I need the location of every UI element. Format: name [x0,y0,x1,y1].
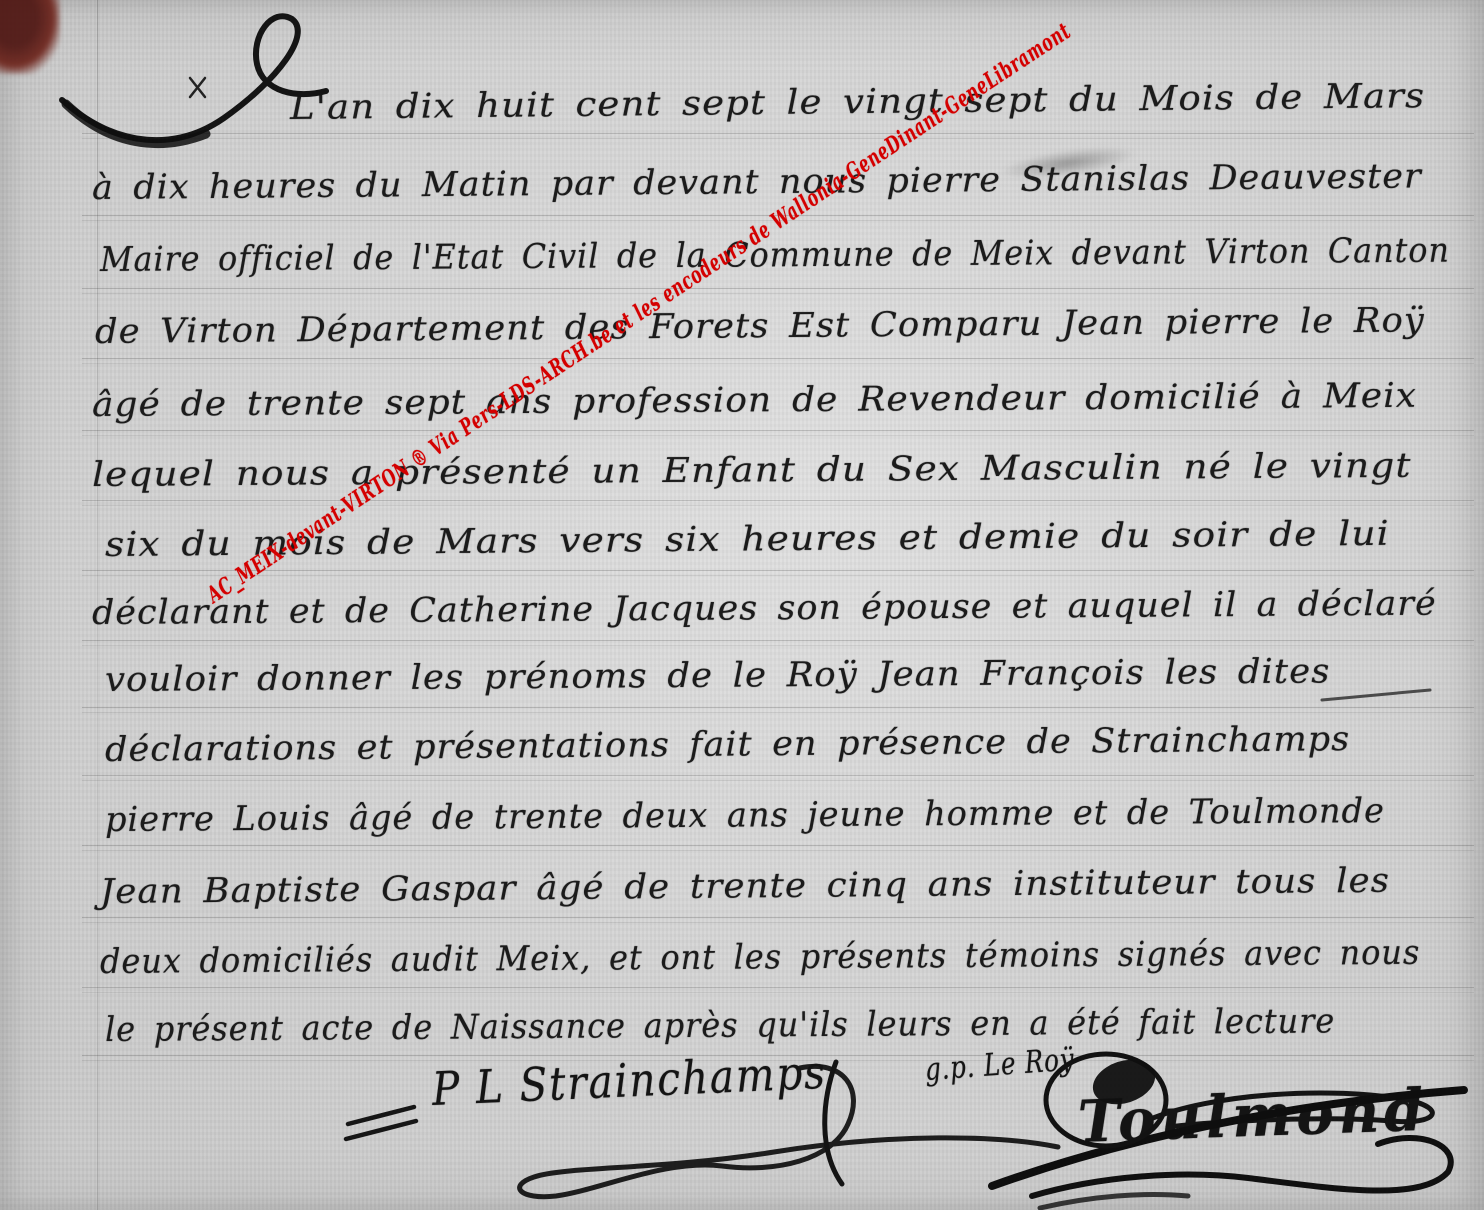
ruled-guideline [82,987,1474,988]
ruled-guideline [82,640,1474,641]
signature-toulmond: Toulmond [1077,1076,1429,1156]
manuscript-line-13: deux domiciliés audit Meix, et ont les p… [100,933,1421,982]
signature-le-roy: g.p. Le Roÿ [924,1042,1076,1088]
ruled-guideline [82,570,1474,571]
manuscript-line-10: déclarations et présentations fait en pr… [105,719,1351,770]
manuscript-line-2: à dix heures du Matin par devant nous pi… [92,156,1422,208]
manuscript-line-4: de Virton Département des Forets Est Com… [95,300,1425,352]
ruled-guideline [82,500,1474,501]
manuscript-line-11: pierre Louis âgé de trente deux ans jeun… [105,791,1385,840]
ruled-guideline [82,288,1474,289]
manuscript-line-9: vouloir donner les prénoms de le Roÿ Jea… [105,651,1331,700]
manuscript-line-1: L'an dix huit cent sept le vingt sept du… [290,76,1426,128]
manuscript-line-12: Jean Baptiste Gaspar âgé de trente cinq … [100,861,1390,912]
ruled-guideline [82,358,1474,359]
manuscript-line-14: le présent acte de Naissance après qu'il… [105,1001,1336,1050]
manuscript-line-5: âgé de trente sept ans profession de Rev… [92,376,1417,425]
manuscript-line-6: lequel nous a présenté un Enfant du Sex … [92,446,1412,495]
ruled-guideline [82,775,1474,776]
ruled-guideline [82,430,1474,431]
small-x-mark [190,78,205,97]
manuscript-page: L'an dix huit cent sept le vingt sept du… [0,0,1484,1210]
ruled-guideline [82,917,1474,918]
ruled-guideline [82,133,1474,134]
ruled-guideline [82,845,1474,846]
ink-blot-corner [0,0,60,74]
manuscript-line-8: déclarant et de Catherine Jacques son ép… [92,584,1437,633]
ruled-guideline [82,707,1474,708]
